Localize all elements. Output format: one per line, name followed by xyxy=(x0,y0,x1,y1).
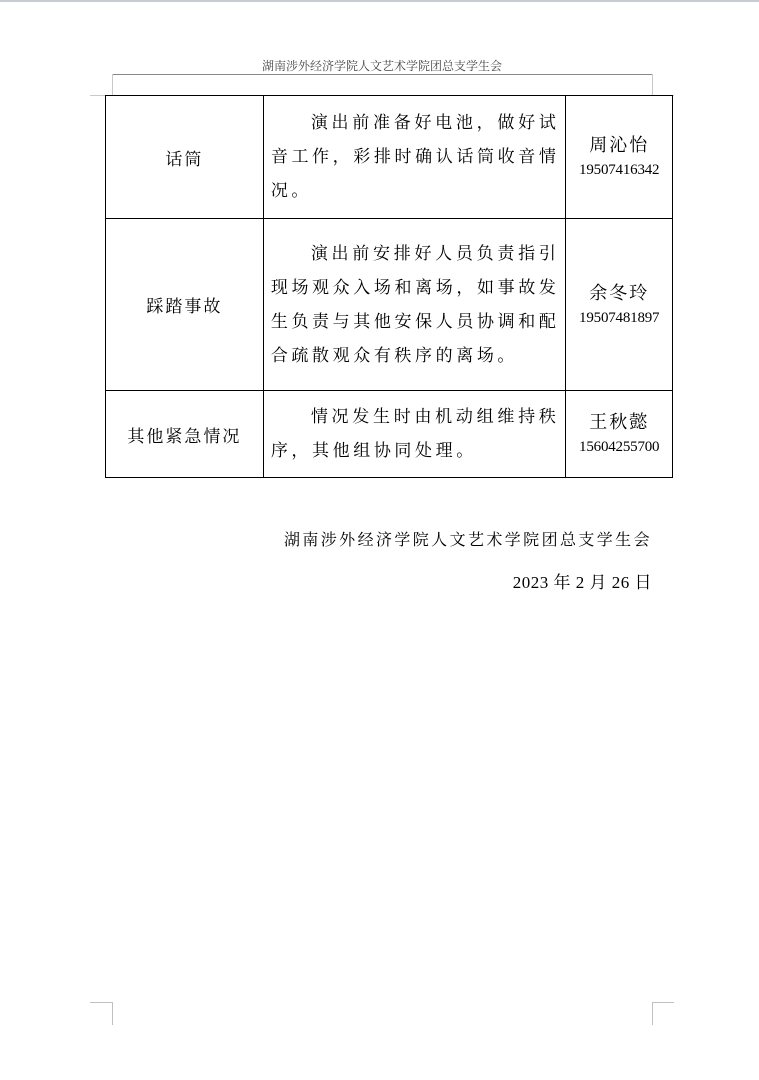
crop-mark-bottom-left-vertical xyxy=(112,1002,113,1025)
table-row: 踩踏事故 演出前安排好人员负责指引现场观众入场和离场，如事故发生负责与其他安保人… xyxy=(106,219,673,391)
crop-mark-bottom-right-vertical xyxy=(652,1002,653,1025)
margin-mark-top-right xyxy=(652,74,653,95)
person-name: 王秋懿 xyxy=(566,410,672,436)
person-phone: 15604255700 xyxy=(566,436,672,458)
measure-cell: 演出前准备好电池，做好试音工作，彩排时确认话筒收音情况。 xyxy=(263,96,566,219)
measure-text: 演出前安排好人员负责指引现场观众入场和离场，如事故发生负责与其他安保人员协调和配… xyxy=(271,237,560,373)
margin-mark-top-left xyxy=(112,74,113,95)
risk-item-cell: 话筒 xyxy=(106,96,264,219)
crop-mark-bottom-right xyxy=(652,1002,674,1003)
responsible-person-cell: 周沁怡 19507416342 xyxy=(566,96,673,219)
risk-item-cell: 踩踏事故 xyxy=(106,219,264,391)
signature-date: 2023 年 2 月 26 日 xyxy=(400,568,652,593)
person-phone: 19507416342 xyxy=(566,159,672,181)
signature-organization: 湖南涉外经济学院人文艺术学院团总支学生会 xyxy=(270,527,652,550)
measure-text: 演出前准备好电池，做好试音工作，彩排时确认话筒收音情况。 xyxy=(271,106,560,208)
responsible-person-cell: 王秋懿 15604255700 xyxy=(566,391,673,478)
person-phone: 19507481897 xyxy=(566,307,672,329)
emergency-plan-table: 话筒 演出前准备好电池，做好试音工作，彩排时确认话筒收音情况。 周沁怡 1950… xyxy=(105,95,673,478)
table-row: 话筒 演出前准备好电池，做好试音工作，彩排时确认话筒收音情况。 周沁怡 1950… xyxy=(106,96,673,219)
person-name: 周沁怡 xyxy=(566,133,672,159)
measure-cell: 情况发生时由机动组维持秩序，其他组协同处理。 xyxy=(263,391,566,478)
header-rule xyxy=(112,74,652,75)
crop-mark-bottom-left xyxy=(90,1002,112,1003)
page-header: 湖南涉外经济学院人文艺术学院团总支学生会 xyxy=(112,57,652,74)
crop-mark-top-left xyxy=(90,95,106,96)
responsible-person-cell: 余冬玲 19507481897 xyxy=(566,219,673,391)
risk-item-cell: 其他紧急情况 xyxy=(106,391,264,478)
window-top-border xyxy=(0,0,759,2)
person-name: 余冬玲 xyxy=(566,281,672,307)
measure-cell: 演出前安排好人员负责指引现场观众入场和离场，如事故发生负责与其他安保人员协调和配… xyxy=(263,219,566,391)
measure-text: 情况发生时由机动组维持秩序，其他组协同处理。 xyxy=(271,400,560,468)
table-row: 其他紧急情况 情况发生时由机动组维持秩序，其他组协同处理。 王秋懿 156042… xyxy=(106,391,673,478)
